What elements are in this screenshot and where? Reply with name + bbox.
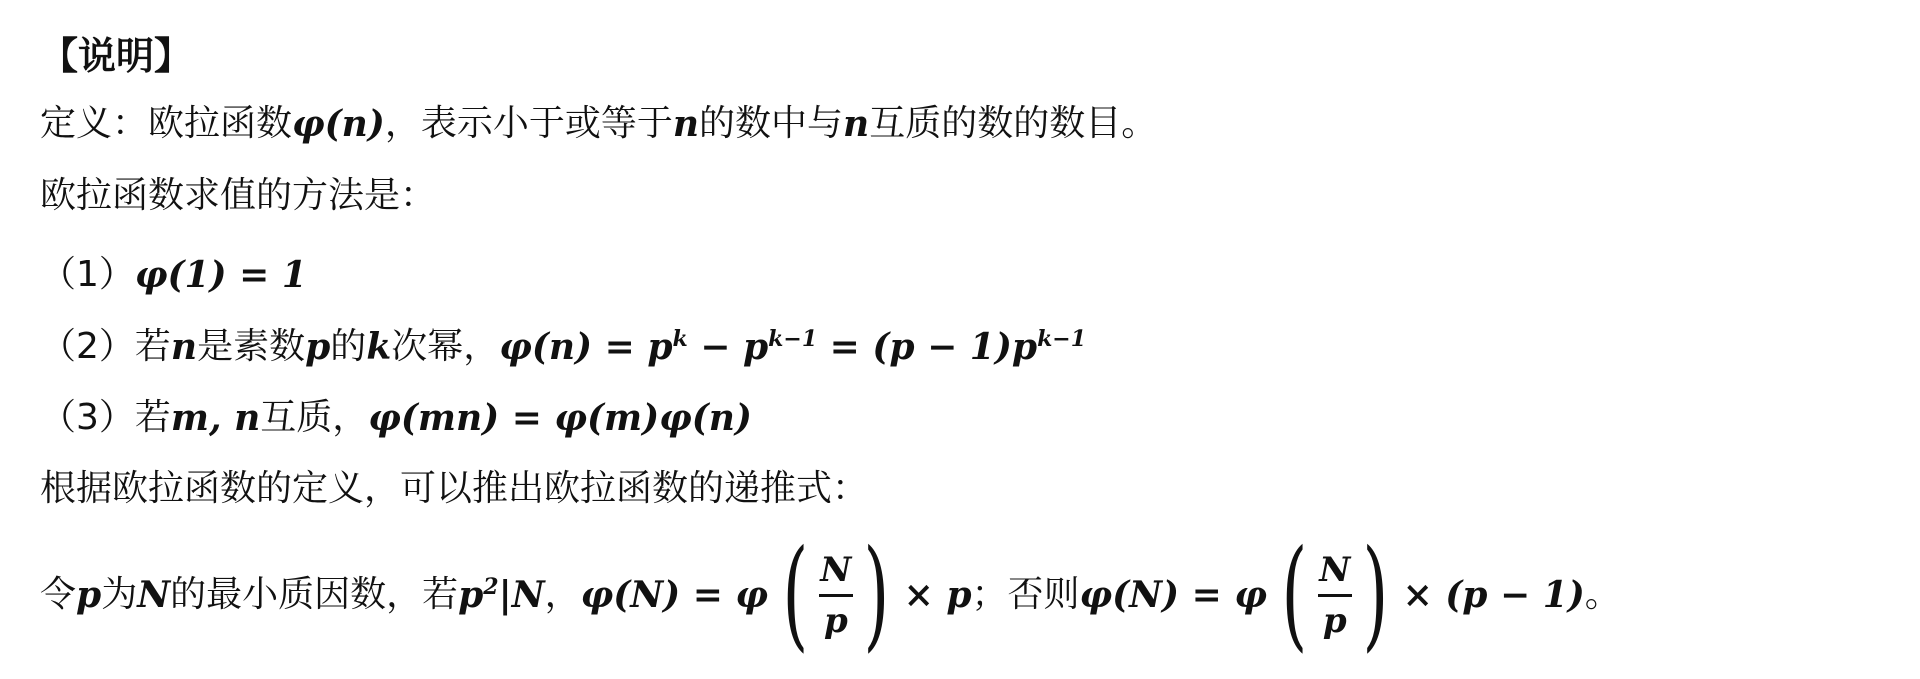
fraction: N p xyxy=(819,550,853,641)
recursion-intro-line: 根据欧拉函数的定义，可以推出欧拉函数的递推式： xyxy=(40,467,868,511)
rule-2-formula: φ(n) = pk − pk−1 = (p − 1)pk−1 xyxy=(499,325,1086,369)
fraction-n-over-p: ( N p ) xyxy=(1271,535,1399,655)
rule-1-label: （1） xyxy=(40,253,135,297)
left-paren: ( xyxy=(1281,535,1307,655)
exponent: k xyxy=(673,326,688,352)
exponent: k−1 xyxy=(768,326,817,352)
fraction-bar xyxy=(819,594,853,597)
rule-2-text: 若 xyxy=(135,325,171,369)
definition-middle: ，表示小于或等于 xyxy=(385,102,673,146)
recursion-text: 为 xyxy=(101,573,137,617)
formula-part: p xyxy=(458,574,483,616)
variable-n: n xyxy=(171,325,197,369)
variable-n: n xyxy=(673,102,699,146)
rule-3-label: （3） xyxy=(40,396,135,440)
euler-function-symbol: φ(n) xyxy=(292,102,385,146)
recursion-text: ；否则 xyxy=(972,573,1080,617)
recursion-text: ， xyxy=(545,573,581,617)
numerator: N xyxy=(820,550,851,590)
exponent: k−1 xyxy=(1037,326,1086,352)
rule-2-text: 次幂， xyxy=(391,325,499,369)
rule-3-text: 互质， xyxy=(260,396,368,440)
recursion-text: 令 xyxy=(40,573,76,617)
formula-part: = (p − 1)p xyxy=(817,326,1037,368)
fraction-bar xyxy=(1318,594,1352,597)
fraction: N p xyxy=(1318,550,1352,641)
variable-N: N xyxy=(137,573,170,617)
variable-k: k xyxy=(366,325,391,369)
right-paren: ) xyxy=(863,535,889,655)
left-paren: ( xyxy=(783,535,809,655)
section-heading: 【说明】 xyxy=(40,34,192,78)
definition-middle2: 的数中与 xyxy=(699,102,843,146)
definition-suffix: 互质的数的数目。 xyxy=(869,102,1157,146)
recursion-text: 的最小质因数，若 xyxy=(170,573,458,617)
rule-2-text: 是素数 xyxy=(197,325,305,369)
formula-2-rhs: × (p − 1) xyxy=(1403,573,1585,617)
rule-1-line: （1） φ(1) = 1 xyxy=(40,253,307,297)
fraction-n-over-p: ( N p ) xyxy=(772,535,900,655)
recursion-text: 。 xyxy=(1585,573,1621,617)
rule-2-text: 的 xyxy=(330,325,366,369)
denominator: p xyxy=(824,601,848,641)
variable-n: n xyxy=(843,102,869,146)
rule-3-line: （3） 若 m, n 互质， φ(mn) = φ(m)φ(n) xyxy=(40,396,752,440)
divisibility-condition: p2|N xyxy=(458,573,545,617)
rule-2-label: （2） xyxy=(40,325,135,369)
formula-part: − p xyxy=(688,326,768,368)
method-intro-line: 欧拉函数求值的方法是： xyxy=(40,174,436,218)
rule-3-text: 若 xyxy=(135,396,171,440)
exponent: 2 xyxy=(483,574,498,600)
rule-2-line: （2） 若 n 是素数 p 的 k 次幂， φ(n) = pk − pk−1 =… xyxy=(40,325,1086,369)
variables-m-n: m, n xyxy=(171,396,260,440)
formula-part: |N xyxy=(499,574,545,616)
formula-1-rhs: × p xyxy=(904,573,972,617)
variable-p: p xyxy=(76,573,101,617)
variable-p: p xyxy=(305,325,330,369)
formula-2-lhs: φ(N) = φ xyxy=(1080,573,1267,617)
numerator: N xyxy=(1319,550,1350,590)
formula-part: φ(n) = p xyxy=(499,326,672,368)
definition-line: 定义：欧拉函数 φ(n) ，表示小于或等于 n 的数中与 n 互质的数的数目。 xyxy=(40,102,1157,146)
formula-1-lhs: φ(N) = φ xyxy=(581,573,768,617)
definition-prefix: 定义：欧拉函数 xyxy=(40,102,292,146)
denominator: p xyxy=(1323,601,1347,641)
recursion-line: 令 p 为 N 的最小质因数，若 p2|N ， φ(N) = φ ( N p )… xyxy=(40,535,1621,655)
right-paren: ) xyxy=(1362,535,1388,655)
rule-1-formula: φ(1) = 1 xyxy=(135,253,307,297)
rule-3-formula: φ(mn) = φ(m)φ(n) xyxy=(368,396,752,440)
